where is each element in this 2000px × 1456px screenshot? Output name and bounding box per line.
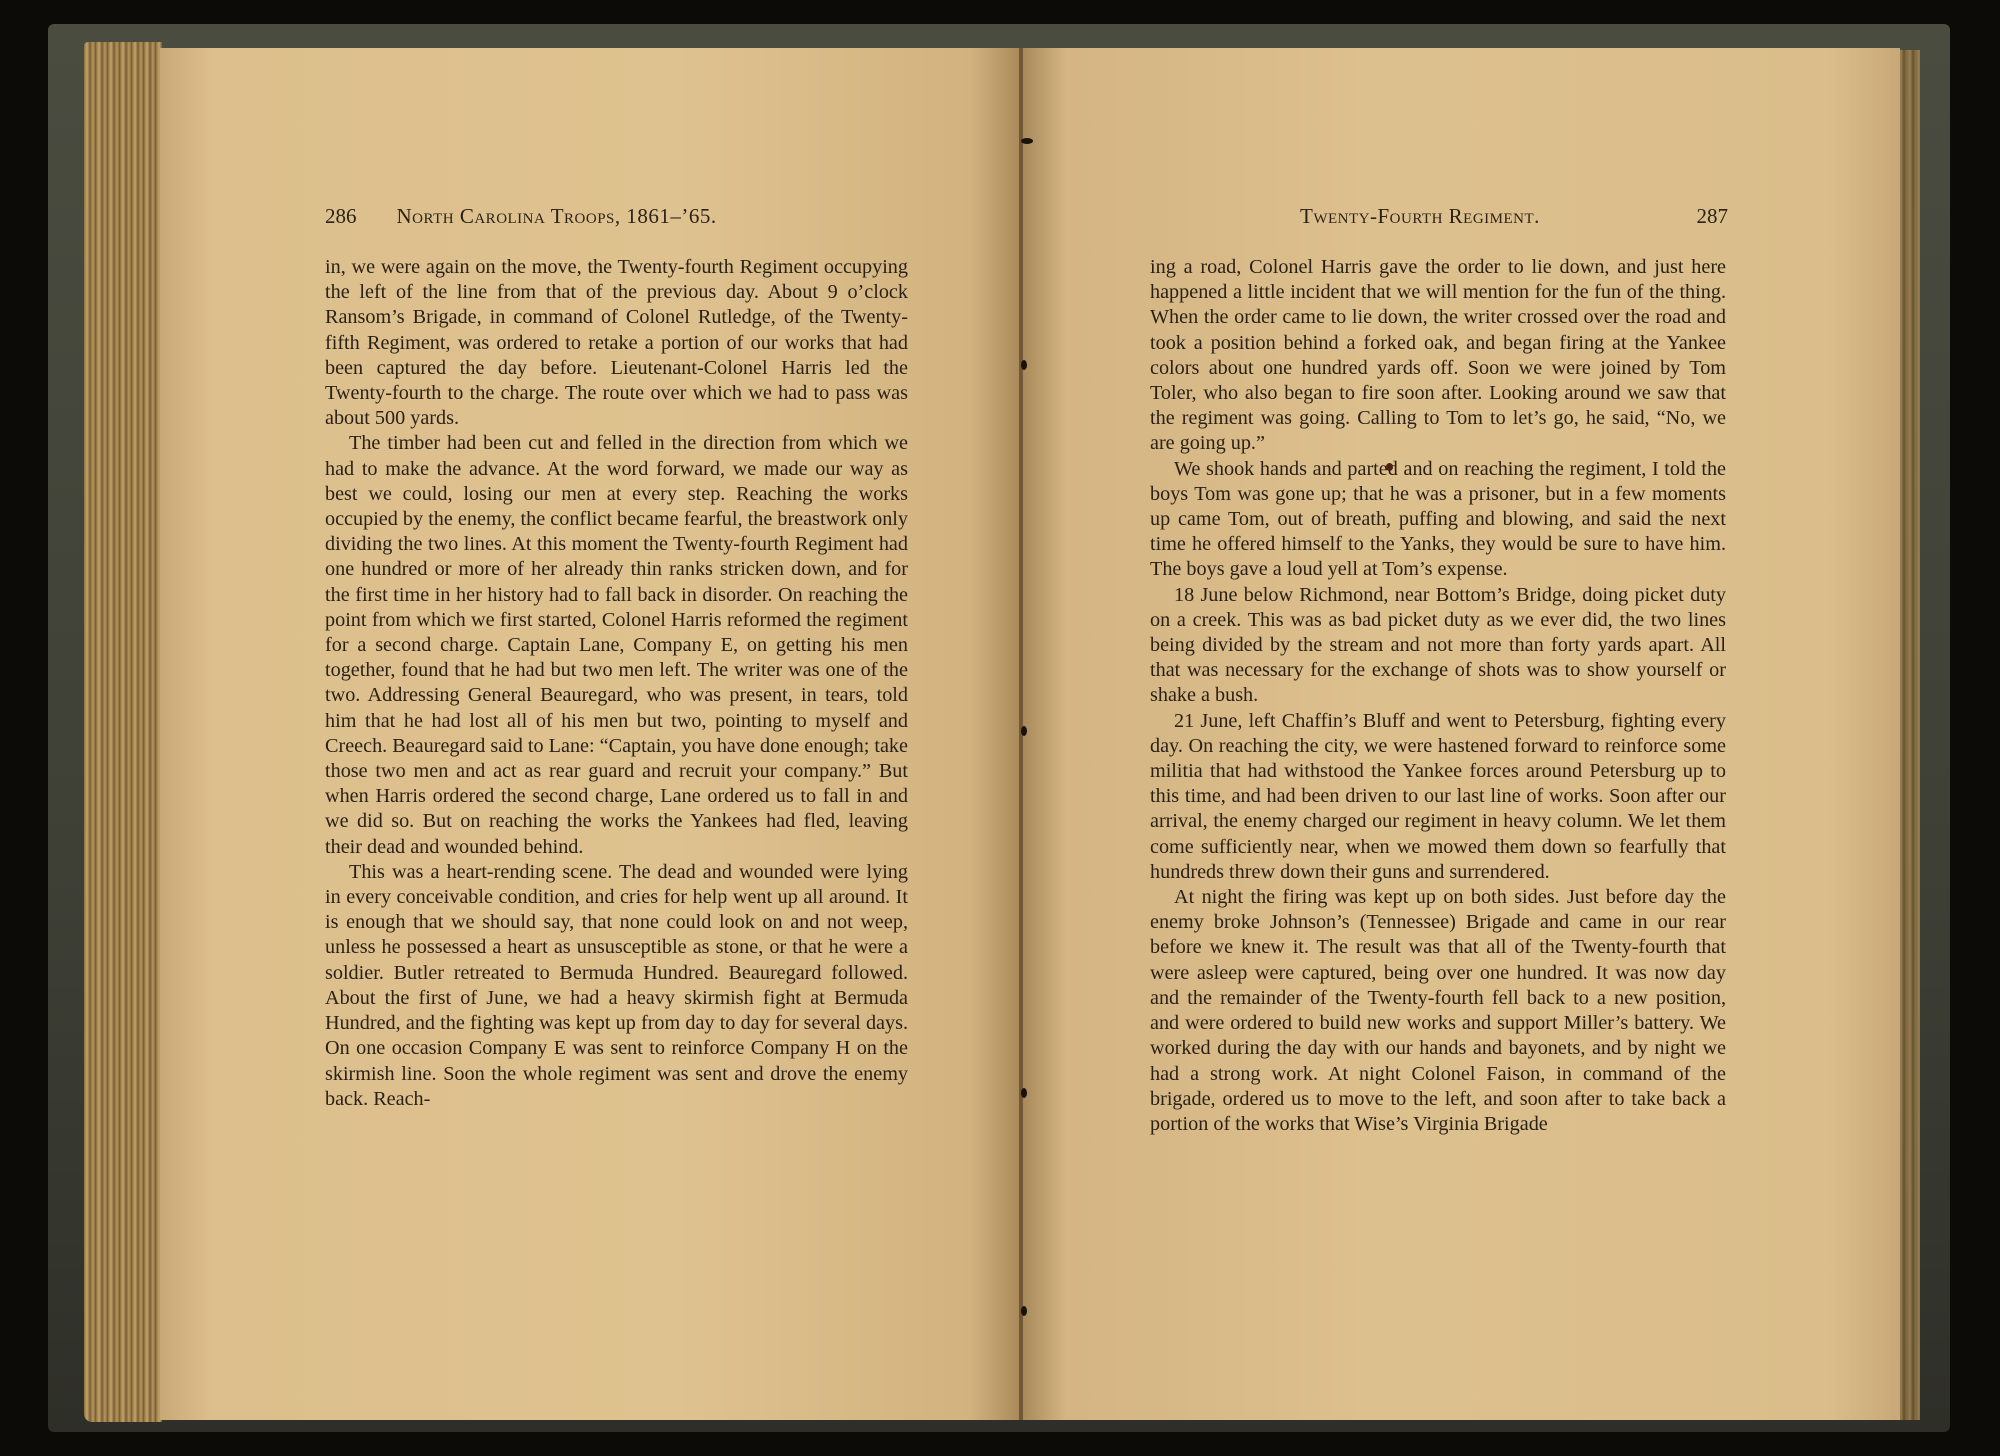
page-edges-left bbox=[84, 42, 162, 1422]
paragraph: in, we were again on the move, the Twent… bbox=[325, 255, 908, 431]
binding-thread-mark bbox=[1021, 1088, 1027, 1098]
paragraph: We shook hands and parted and on reachin… bbox=[1150, 457, 1726, 583]
right-page-header: Twenty-Fourth Regiment. 287 bbox=[1300, 204, 1728, 229]
paragraph: 21 June, left Chaffin’s Bluff and went t… bbox=[1150, 709, 1726, 885]
left-page-header: 286 North Carolina Troops, 1861–’65. bbox=[325, 204, 905, 229]
paragraph: At night the firing was kept up on both … bbox=[1150, 885, 1726, 1137]
binding-thread-mark bbox=[1021, 138, 1033, 144]
page-number: 286 bbox=[325, 204, 357, 229]
paragraph: 18 June below Richmond, near Bottom’s Br… bbox=[1150, 583, 1726, 709]
running-title: Twenty-Fourth Regiment. bbox=[1300, 204, 1697, 229]
binding-thread-mark bbox=[1021, 726, 1027, 736]
running-title: North Carolina Troops, 1861–’65. bbox=[397, 204, 906, 229]
left-page-body: in, we were again on the move, the Twent… bbox=[325, 255, 908, 1112]
paragraph: ing a road, Colonel Harris gave the orde… bbox=[1150, 255, 1726, 457]
binding-thread-mark bbox=[1021, 1306, 1027, 1316]
paragraph: This was a heart-rending scene. The dead… bbox=[325, 860, 908, 1112]
paragraph: The timber had been cut and felled in th… bbox=[325, 431, 908, 859]
page-number: 287 bbox=[1697, 204, 1729, 229]
binding-thread-mark bbox=[1021, 360, 1027, 370]
right-page-body: ing a road, Colonel Harris gave the orde… bbox=[1150, 255, 1726, 1137]
ink-spot bbox=[1386, 463, 1393, 471]
